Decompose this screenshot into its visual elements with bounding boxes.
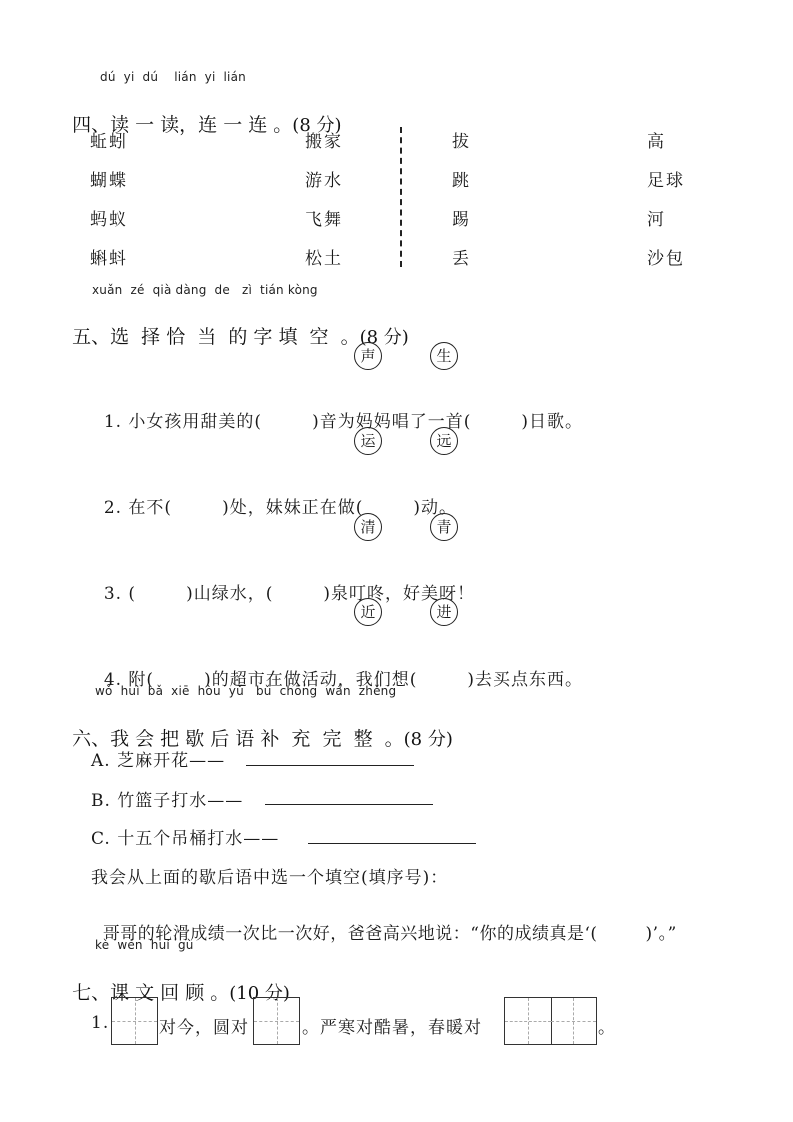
couplet-text: 对今，圆对 [159,1013,249,1038]
match-word[interactable]: 飞舞 [305,205,343,230]
section-divider [400,127,402,267]
option-circle: 清 [354,513,382,541]
question-text: 1. 小女孩用甜美的( [104,412,262,432]
match-word[interactable]: 蝴蝶 [90,166,128,191]
match-word[interactable]: 松土 [305,244,343,269]
question-2: 2. 在不()处，妹妹正在做()动。 [91,473,457,518]
question-1: 1. 小女孩用甜美的()音为妈妈唱了一首()日歌。 [91,387,583,432]
question-text: )山绿水，( [186,584,273,604]
section5-heading: 五、选 择 恰 当 的 字 填 空 。(8 分) [60,300,409,349]
option-circle: 生 [430,342,458,370]
proverb-b: B. 竹篮子打水—— [91,786,243,811]
section6-score: (8 分) [404,729,453,750]
match-word[interactable]: 拔 [452,127,471,152]
match-word[interactable]: 搬家 [305,127,343,152]
question-text: 3. ( [104,584,136,604]
answer-line[interactable] [265,804,433,805]
section4-pinyin: dú yi dú lián yi lián [100,70,246,84]
section6-heading: 六、我 会 把 歇 后 语 补 充 完 整 。(8 分) [60,702,453,751]
match-word[interactable]: 蚂蚁 [90,205,128,230]
couplet-end: 。 [598,1013,616,1038]
section5-pinyin: xuǎn zé qià dàng de zì tián kòng [92,283,318,297]
section6-pinyin: wǒ huì bǎ xiē hòu yǔ bǔ chōng wán zhěng [95,684,396,698]
proverb-a: A. 芝麻开花—— [91,746,225,771]
option-circle: 青 [430,513,458,541]
option-circle: 近 [354,598,382,626]
answer-line[interactable] [308,843,476,844]
question-text: )处，妹妹正在做( [222,498,363,518]
match-word[interactable]: 踢 [452,205,471,230]
match-word[interactable]: 河 [647,205,666,230]
answer-line[interactable] [246,765,414,766]
proverb-c: C. 十五个吊桶打水—— [91,824,279,849]
sentence-text: )’。” [646,924,677,944]
match-word[interactable]: 蝌蚪 [90,244,128,269]
match-word[interactable]: 跳 [452,166,471,191]
option-circle: 进 [430,598,458,626]
match-word[interactable]: 沙包 [647,244,685,269]
section5-title: 五、选 择 恰 当 的 字 填 空 。 [72,326,360,348]
question-text: )日歌。 [521,412,583,432]
option-circle: 声 [354,342,382,370]
question-3: 3. ()山绿水，()泉叮咚，好美呀！ [91,559,475,604]
section7-pinyin: kè wén huí gù [95,938,194,952]
question-text: )去买点东西。 [467,670,583,690]
match-word[interactable]: 蚯蚓 [90,127,128,152]
instruction-text: 我会从上面的歇后语中选一个填空(填序号)： [91,863,448,888]
option-circle: 远 [430,427,458,455]
question-number: 1. [91,1013,109,1033]
match-word[interactable]: 高 [647,127,666,152]
match-word[interactable]: 足球 [647,166,685,191]
tianzige-box[interactable] [253,997,300,1045]
match-word[interactable]: 丢 [452,244,471,269]
question-text: 2. 在不( [104,498,172,518]
tianzige-box-double[interactable] [504,997,597,1045]
option-circle: 运 [354,427,382,455]
match-word[interactable]: 游水 [305,166,343,191]
tianzige-box[interactable] [111,997,158,1045]
couplet-text: 。严寒对酷暑，春暖对 [302,1013,482,1038]
